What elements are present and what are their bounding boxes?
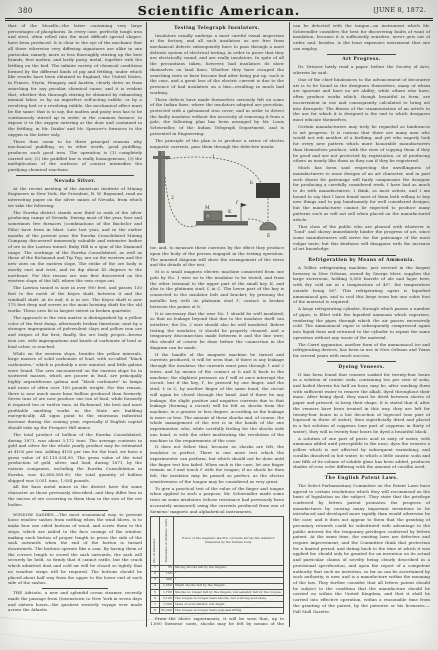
page-header: 380 Scientific American. [JUNE 8, 1872. xyxy=(12,3,426,17)
column-1: that of the Moselle—the latter containin… xyxy=(8,23,142,627)
column-divider xyxy=(146,22,147,627)
article-heading: Art Progress. xyxy=(293,57,430,62)
paragraph: The approach to the vein matter is disti… xyxy=(8,315,142,349)
column-2: Testing Telegraph Insulators. Insulators… xyxy=(150,23,284,627)
paragraph: It is necessary that the wire No. 1 shou… xyxy=(150,311,284,351)
paragraph: The total product of bullion of the Eure… xyxy=(8,432,142,483)
article-separator xyxy=(42,588,108,589)
paragraph: Certain manufacturers may truly be regar… xyxy=(293,124,430,164)
masthead-title: Scientific American. xyxy=(12,3,426,18)
paragraph: It has been found that veneers soaked fo… xyxy=(293,372,430,435)
paragraph: Much has been said respecting the unwill… xyxy=(293,165,430,222)
flag xyxy=(241,203,247,207)
paragraph: The principle of the plan is to produce … xyxy=(150,138,284,149)
article-heading: Nevada Silver. xyxy=(8,179,142,184)
stud-label: b xyxy=(250,180,253,186)
paragraph: While on the western slope, besides the … xyxy=(8,351,142,431)
insulator-test-table: No. of Insulator. Resistance in Siemens'… xyxy=(150,516,284,614)
paragraph: Dr. Dresser lately read a paper, before … xyxy=(293,64,430,75)
paragraph: The Carré apparatus, another form of the… xyxy=(293,342,430,359)
insulator-label: E xyxy=(267,233,270,239)
issue-date: [JUNE 8, 1872. xyxy=(373,7,426,14)
wire-2 xyxy=(165,177,198,227)
wire-1-label: 1 xyxy=(212,154,215,160)
column-divider xyxy=(289,22,290,627)
article-separator xyxy=(327,361,396,362)
paragraph: The Lawton tunnel is now in over 900 fee… xyxy=(8,285,142,314)
paragraph: A Tellier refrigerating machine, just er… xyxy=(293,265,430,305)
telegraph-pole xyxy=(158,151,165,243)
article-separator xyxy=(327,54,396,55)
paragraph: tor, and, to measure these currents by t… xyxy=(150,245,284,268)
paragraph: The Eureka district stands now third in … xyxy=(8,210,142,284)
test-key xyxy=(225,215,237,217)
article-separator xyxy=(16,175,134,176)
paragraph: From the above experiments, it will be s… xyxy=(150,616,284,627)
machine-label: M xyxy=(205,205,210,211)
article-heading: Dyeing Veneers. xyxy=(293,365,430,370)
article-separator xyxy=(327,255,396,256)
wire-1 xyxy=(166,157,262,185)
paragraph: Insulators usually undergo a most carefu… xyxy=(150,33,284,96)
paragraph: WINDOW SASHES.—The most economical way, … xyxy=(8,512,142,586)
table-header-resistance: Resistance in Siemens' units. xyxy=(160,517,174,565)
paragraph: To give a practical test of the value of… xyxy=(150,486,284,515)
paragraph: At the recent meeting of the American In… xyxy=(8,186,142,209)
insulator-bell xyxy=(260,222,276,230)
paragraph: THE Adriatic, a new and splendid ocean s… xyxy=(8,590,142,613)
machine-base xyxy=(196,221,248,225)
paragraph: That class of the public who are pleased… xyxy=(293,224,430,253)
paragraph: All the base metal mines in the district… xyxy=(8,484,142,507)
table-header-no: No. of Insulator. xyxy=(151,517,160,565)
paragraph: The Select Parliamentary Committee on th… xyxy=(293,483,430,615)
scanned-newspaper-page: 380 Scientific American. [JUNE 8, 1872. … xyxy=(0,0,438,650)
paragraph: can be detected with the tongue—an instr… xyxy=(293,23,430,52)
wire-2-label: 2 xyxy=(171,195,174,201)
paragraph: that of the Moselle—the latter containin… xyxy=(8,23,142,137)
table-header-effect: Force of the magneto electric currents a… xyxy=(173,517,283,565)
article-heading: Testing Telegraph Insulators. xyxy=(150,26,284,31)
article-heading: Refrigeration by Means of Ammonia. xyxy=(293,258,430,263)
article-separator xyxy=(42,510,108,511)
telegraph-test-diagram: 1 b E 2 M K xyxy=(150,151,284,243)
header-rule xyxy=(5,18,433,21)
table-row: 885,200The tongue no longer feels acid a… xyxy=(151,608,284,614)
paragraph: It does not follow that, because no shoc… xyxy=(150,444,284,484)
paragraph: A solution of one part of picric acid in… xyxy=(293,436,430,470)
paragraph: There thus seem to be three principal re… xyxy=(8,139,142,173)
flag-label: f′ xyxy=(236,200,239,206)
insulator-cover xyxy=(256,183,280,198)
paragraph: If the handle of the magneto machine be … xyxy=(150,352,284,444)
paragraph: One of the chief hindrances to the advan… xyxy=(293,77,430,123)
key-label: K xyxy=(228,209,232,215)
article-heading: The English Patent Laws. xyxy=(293,476,430,481)
column-3: can be detected with the tongue—an instr… xyxy=(293,23,430,627)
paragraph: A large refrigerating cylinder, through … xyxy=(293,306,430,340)
paragraph: These defects have made themselves serio… xyxy=(150,97,284,137)
paragraph: M is a small magneto electric machine co… xyxy=(150,269,284,309)
article-separator xyxy=(327,473,396,474)
